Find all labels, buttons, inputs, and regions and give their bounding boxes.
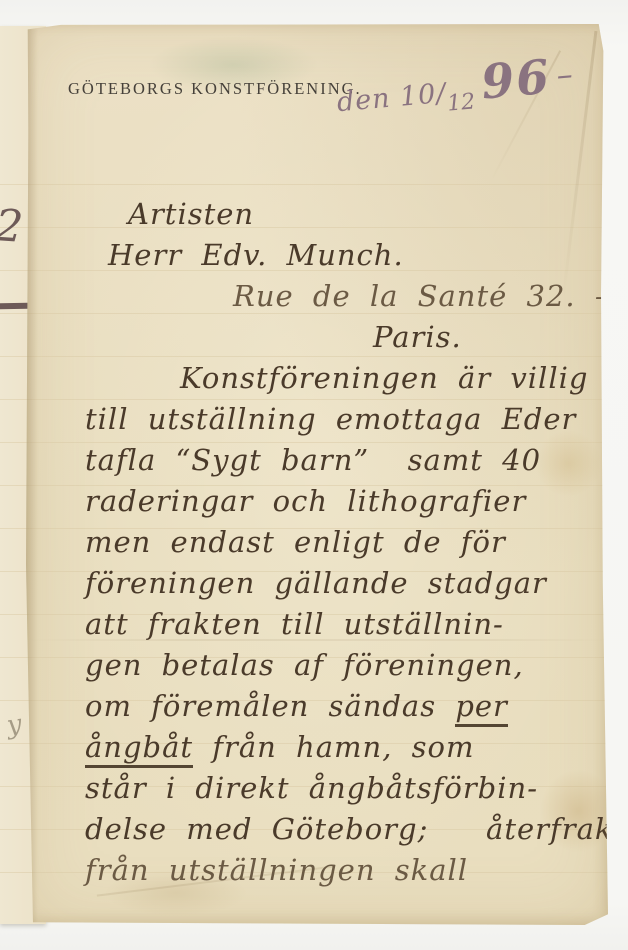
handwritten-line: att frakten till utställnin- bbox=[26, 605, 604, 646]
handwritten-line: står i direkt ångbåtsförbin- bbox=[26, 769, 604, 810]
text-segment: Rue de la Santé 32. – bbox=[233, 279, 610, 313]
text-segment: till utställning emottaga Eder bbox=[85, 402, 576, 436]
text-segment: Konstföreningen är villig bbox=[180, 361, 588, 395]
margin-mark-underline-stroke bbox=[0, 303, 30, 310]
underlined-word: per bbox=[455, 689, 508, 727]
text-segment: Herr Edv. Munch. bbox=[108, 238, 404, 272]
handwritten-line: föreningen gällande stadgar bbox=[26, 564, 604, 605]
text-segment: gen betalas af föreningen, bbox=[85, 648, 524, 682]
text-segment: om föremålen sändas bbox=[85, 689, 455, 723]
text-segment: från utställningen skall bbox=[85, 853, 468, 887]
text-segment: men endast enligt de för bbox=[85, 525, 506, 559]
margin-mark-faint: y bbox=[5, 711, 23, 739]
text-segment: står i direkt ångbåtsförbin- bbox=[85, 771, 538, 805]
handwritten-line: Konstföreningen är villig bbox=[26, 359, 604, 400]
text-segment: från hamn, som bbox=[193, 730, 474, 764]
text-segment: Artisten bbox=[128, 197, 254, 231]
handwritten-line: om föremålen sändas per bbox=[26, 687, 604, 728]
date-year: 96 bbox=[471, 50, 553, 112]
handwritten-line: gen betalas af föreningen, bbox=[26, 646, 604, 687]
date-month-denominator: 12 bbox=[446, 89, 476, 116]
letter-page: GÖTEBORGS KONSTFÖRENING. den 10/1296– Ar… bbox=[26, 24, 608, 925]
handwritten-line: tafla “Sygt barn” samt 40 bbox=[26, 441, 604, 482]
handwritten-line: men endast enligt de för bbox=[26, 523, 604, 564]
date-dash: – bbox=[549, 55, 574, 95]
handwritten-line: till utställning emottaga Eder bbox=[26, 400, 604, 441]
text-segment: raderingar och lithografier bbox=[85, 484, 526, 518]
recipient-line: Rue de la Santé 32. – bbox=[26, 277, 604, 318]
text-segment: föreningen gällande stadgar bbox=[85, 566, 547, 600]
handwritten-line: från utställningen skall bbox=[26, 851, 604, 892]
underlined-word: ångbåt bbox=[85, 730, 193, 768]
scan-background: 2 y GÖTEBORGS KONSTFÖRENING. den 10/1296… bbox=[0, 0, 628, 950]
text-segment: delse med Göteborg; återfrakt bbox=[85, 812, 626, 846]
text-segment: tafla “Sygt barn” samt 40 bbox=[85, 443, 541, 477]
handwritten-line: raderingar och lithografier bbox=[26, 482, 604, 523]
letterhead-text: GÖTEBORGS KONSTFÖRENING. bbox=[68, 79, 362, 99]
text-segment: Paris. bbox=[373, 320, 462, 354]
handwritten-line: delse med Göteborg; återfrakt bbox=[26, 810, 604, 851]
text-segment: att frakten till utställnin- bbox=[85, 607, 504, 641]
handwritten-line: ångbåt från hamn, som bbox=[26, 728, 604, 769]
letter-text: ArtistenHerr Edv. Munch.Rue de la Santé … bbox=[26, 195, 604, 892]
date-day-month: den 10/ bbox=[336, 78, 448, 118]
margin-mark-numeral: 2 bbox=[0, 204, 25, 250]
handwritten-date: den 10/1296– bbox=[334, 48, 575, 123]
recipient-line: Herr Edv. Munch. bbox=[26, 236, 604, 277]
recipient-line: Artisten bbox=[26, 195, 604, 236]
recipient-line: Paris. bbox=[26, 318, 604, 359]
